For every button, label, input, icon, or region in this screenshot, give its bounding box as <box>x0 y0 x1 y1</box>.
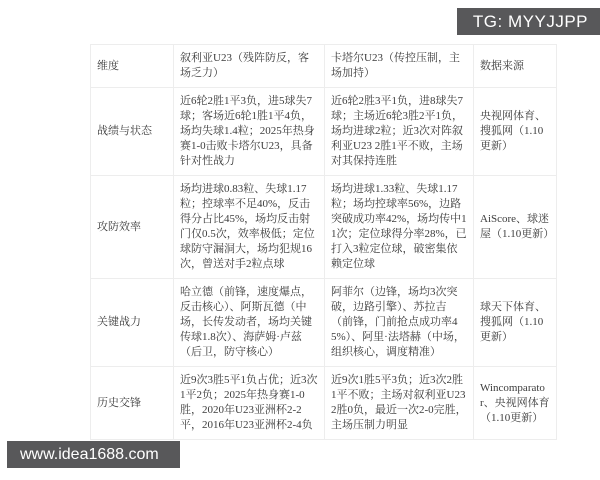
source-cell: AiScore、球迷屋（1.10更新） <box>474 176 557 279</box>
qatar-cell: 近6轮2胜3平1负，进8球失7球；主场近6轮3胜2平1负，场均进球2粒；近3次对… <box>325 88 474 176</box>
header-row: 维度 叙利亚U23（残阵防反，客场乏力） 卡塔尔U23（传控压制，主场加持） 数… <box>91 45 557 88</box>
syria-cell: 哈立德（前锋，速度爆点，反击核心）、阿斯瓦德（中场，长传发动者，场均关键传球1.… <box>174 279 325 367</box>
telegram-badge-text: TG: MYYJJPP <box>473 12 588 32</box>
watermark-text: www.idea1688.com <box>20 446 159 464</box>
screenshot-page: TG: MYYJJPP 维度 叙利亚U23（残阵防反，客场乏力） 卡塔尔U23（… <box>0 0 600 480</box>
table-row-record-status: 战绩与状态 近6轮2胜1平3负，进5球失7球；客场近6轮1胜1平4负，场均失球1… <box>91 88 557 176</box>
source-cell: 央视网体育、搜狐网（1.10更新） <box>474 88 557 176</box>
header-dimension: 维度 <box>91 45 174 88</box>
source-cell: Wincomparator、央视网体育（1.10更新） <box>474 367 557 440</box>
syria-cell: 近6轮2胜1平3负，进5球失7球；客场近6轮1胜1平4负，场均失球1.4粒；20… <box>174 88 325 176</box>
table-row-attack-defense-efficiency: 攻防效率 场均进球0.83粒、失球1.17粒；控球率不足40%，反击得分占比45… <box>91 176 557 279</box>
header-qatar-u23: 卡塔尔U23（传控压制，主场加持） <box>325 45 474 88</box>
team-comparison-table: 维度 叙利亚U23（残阵防反，客场乏力） 卡塔尔U23（传控压制，主场加持） 数… <box>90 44 557 440</box>
watermark-badge: www.idea1688.com <box>7 441 180 468</box>
syria-cell: 场均进球0.83粒、失球1.17粒；控球率不足40%，反击得分占比45%，场均反… <box>174 176 325 279</box>
row-label: 历史交锋 <box>91 367 174 440</box>
header-syria-u23: 叙利亚U23（残阵防反，客场乏力） <box>174 45 325 88</box>
qatar-cell: 近9次1胜5平3负；近3次2胜1平不败；主场对叙利亚U23 2胜0负，最近一次2… <box>325 367 474 440</box>
syria-cell: 近9次3胜5平1负占优；近3次1平2负；2025年热身赛1-0胜，2020年U2… <box>174 367 325 440</box>
table-row-head-to-head-history: 历史交锋 近9次3胜5平1负占优；近3次1平2负；2025年热身赛1-0胜，20… <box>91 367 557 440</box>
qatar-cell: 场均进球1.33粒、失球1.17粒；场均控球率56%，边路突破成功率42%，场均… <box>325 176 474 279</box>
qatar-cell: 阿菲尔（边锋，场均3次突破，边路引擎）、苏拉吉（前锋，门前抢点成功率45%）、阿… <box>325 279 474 367</box>
source-cell: 球天下体育、搜狐网（1.10更新） <box>474 279 557 367</box>
team-comparison-table-container: 维度 叙利亚U23（残阵防反，客场乏力） 卡塔尔U23（传控压制，主场加持） 数… <box>90 44 504 440</box>
telegram-badge: TG: MYYJJPP <box>457 8 600 35</box>
header-data-source: 数据来源 <box>474 45 557 88</box>
row-label: 战绩与状态 <box>91 88 174 176</box>
row-label: 关键战力 <box>91 279 174 367</box>
row-label: 攻防效率 <box>91 176 174 279</box>
table-row-key-players: 关键战力 哈立德（前锋，速度爆点，反击核心）、阿斯瓦德（中场，长传发动者，场均关… <box>91 279 557 367</box>
